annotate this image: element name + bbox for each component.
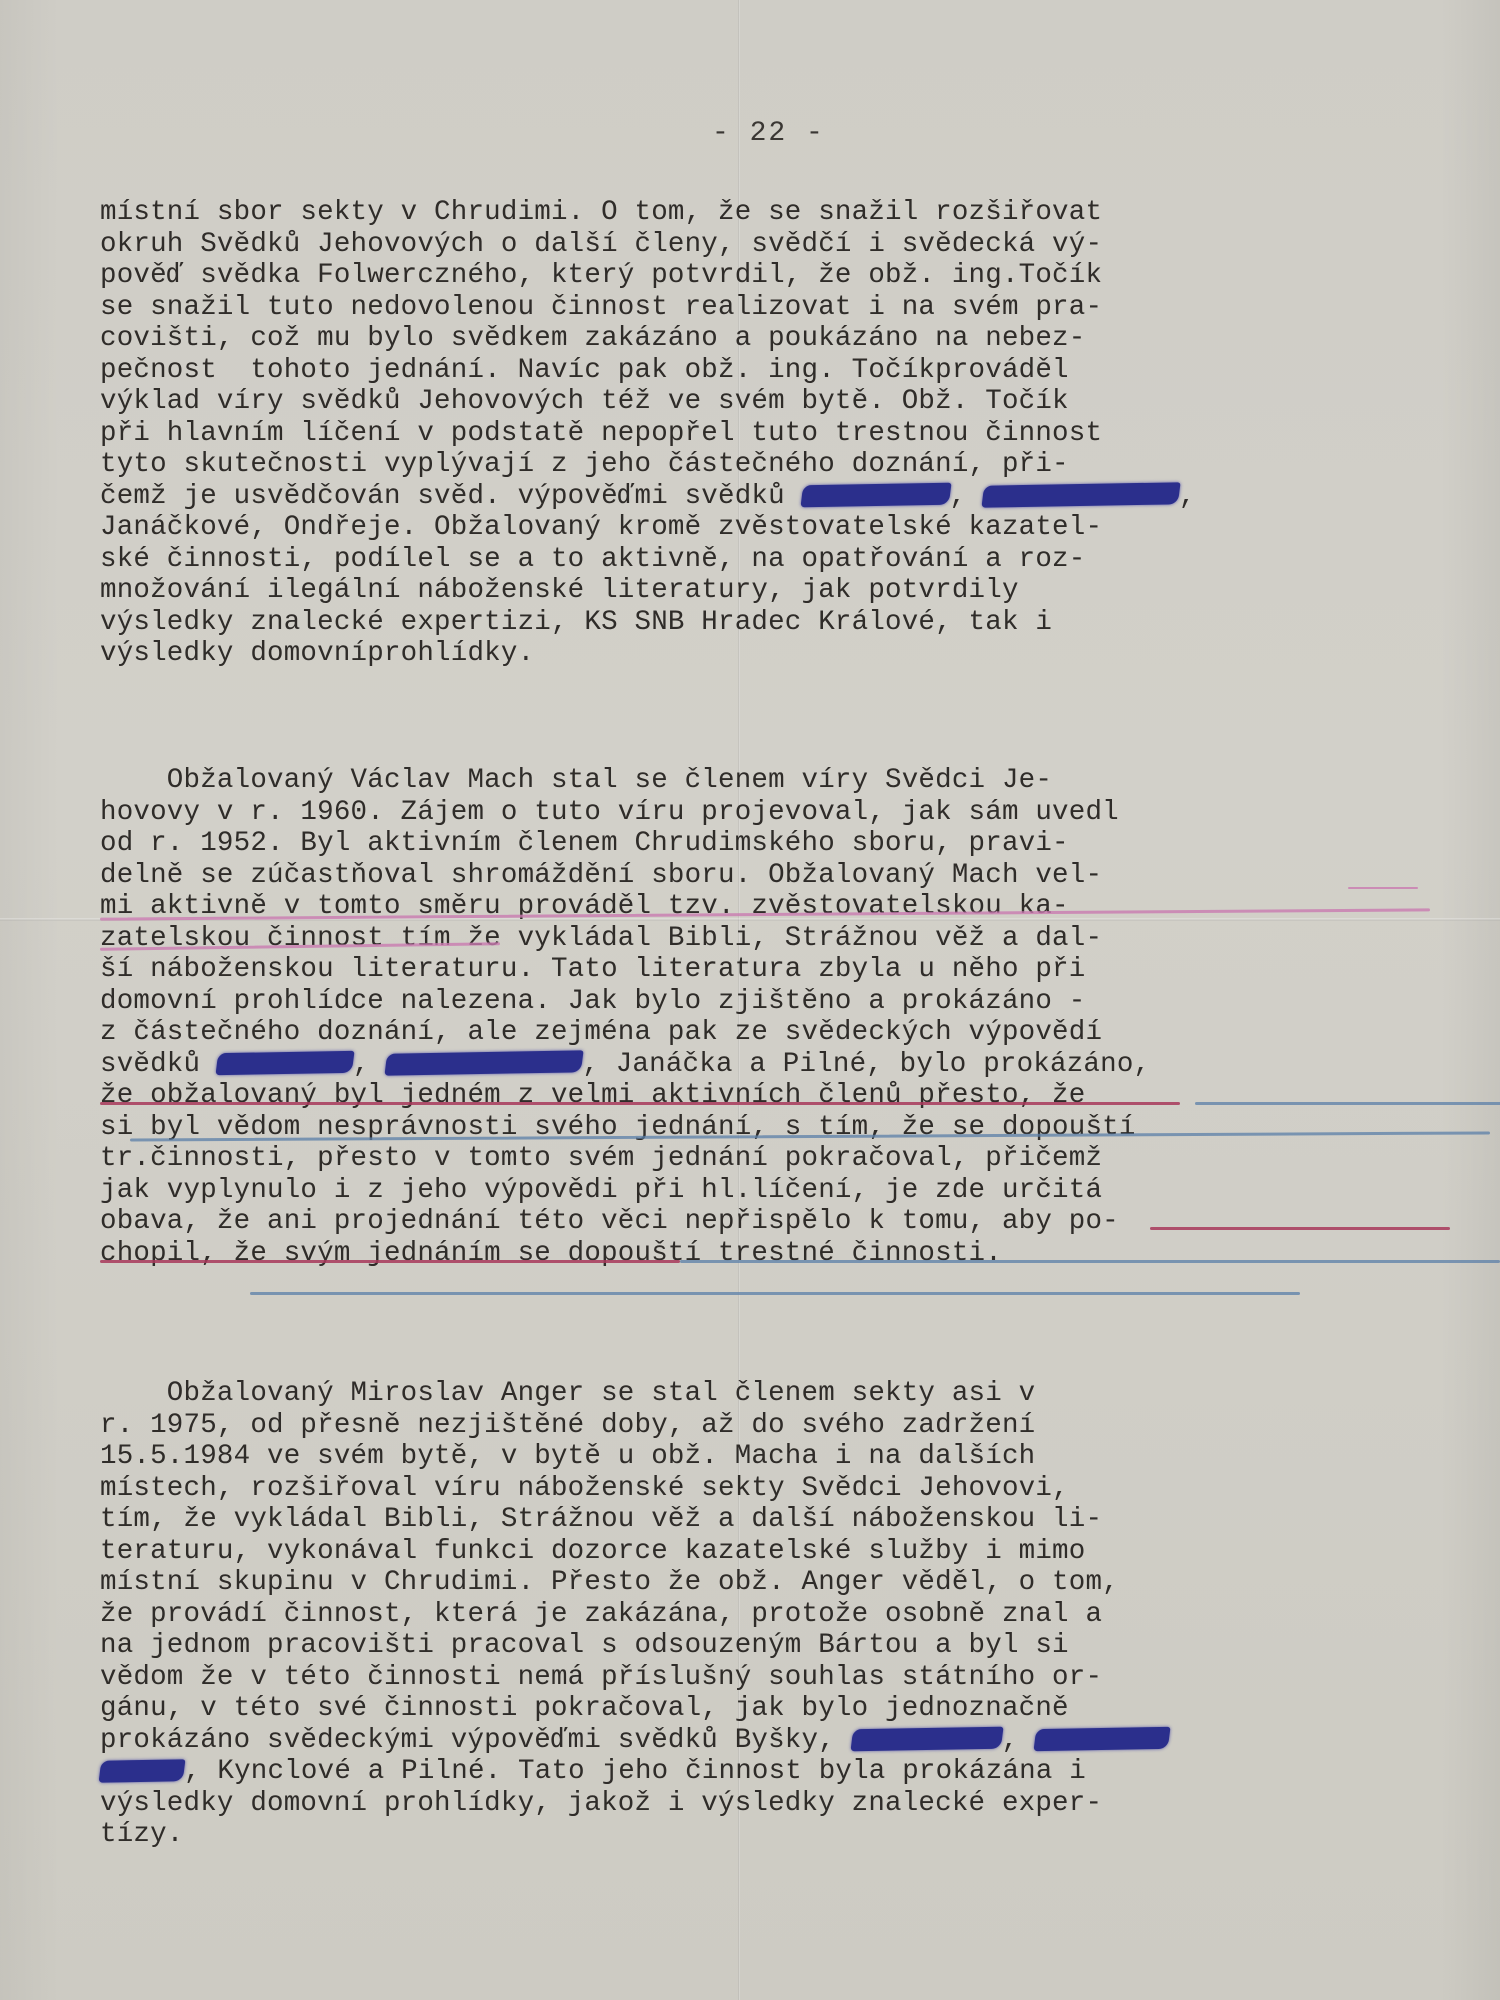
text-line: pečnost tohoto jednání. Navíc pak obž. i…: [100, 355, 1460, 387]
red-underline: [100, 1260, 680, 1263]
text-line: tyto skutečnosti vyplývají z jeho částeč…: [100, 449, 1460, 481]
pink-underline: [1348, 887, 1418, 890]
text-fragment: , Janáčka a Pilné, bylo prokázáno,: [582, 1049, 1150, 1080]
text-line: tízy.: [100, 1819, 1460, 1851]
text-fragment: čemž je usvědčován svěd. výpověďmi svědk…: [100, 481, 802, 512]
text-line: chopil, že svým jednáním se dopouští tre…: [100, 1238, 1460, 1270]
text-fragment: svědků: [100, 1049, 217, 1080]
text-line: výsledky domovní prohlídky, jakož i výsl…: [100, 1788, 1460, 1820]
text-fragment: prokázáno svědeckými výpověďmi svědků By…: [100, 1725, 852, 1756]
text-line: výklad víry svědků Jehovových též ve své…: [100, 386, 1460, 418]
text-line: delně se zúčastňoval shromáždění sboru. …: [100, 860, 1460, 892]
ink-redaction: [800, 483, 951, 508]
text-line: že provádí činnost, která je zakázána, p…: [100, 1599, 1460, 1631]
text-line: při hlavním líčení v podstatě nepopřel t…: [100, 418, 1460, 450]
text-line: Obžalovaný Miroslav Anger se stal členem…: [100, 1378, 1460, 1410]
red-underline: [100, 1102, 1180, 1105]
text-line: okruh Svědků Jehovových o další členy, s…: [100, 229, 1460, 261]
text-line: ské činnosti, podílel se a to aktivně, n…: [100, 544, 1460, 576]
text-line: domovní prohlídce nalezena. Jak bylo zji…: [100, 986, 1460, 1018]
text-line: 15.5.1984 ve svém bytě, v bytě u obž. Ma…: [100, 1441, 1460, 1473]
text-fragment: ,: [353, 1049, 386, 1080]
text-line: tr.činnosti, přesto v tomto svém jednání…: [100, 1143, 1460, 1175]
text-line: tím, že vykládal Bibli, Strážnou věž a d…: [100, 1504, 1460, 1536]
ink-redaction: [215, 1051, 354, 1075]
text-line: gánu, v této své činnosti pokračoval, ja…: [100, 1693, 1460, 1725]
text-line-with-redactions: prokázáno svědeckými výpověďmi svědků By…: [100, 1725, 1460, 1757]
text-line-with-redactions: svědků , , Janáčka a Pilné, bylo prokázá…: [100, 1049, 1460, 1081]
red-underline: [1150, 1227, 1450, 1230]
text-line: r. 1975, od přesně nezjištěné doby, až d…: [100, 1410, 1460, 1442]
text-line: covišti, což mu bylo svědkem zakázáno a …: [100, 323, 1460, 355]
text-line: se snažil tuto nedovolenou činnost reali…: [100, 292, 1460, 324]
text-line-with-redactions: , Kynclové a Pilné. Tato jeho činnost by…: [100, 1756, 1460, 1788]
text-line: zatelskou činnost tím že vykládal Bibli,…: [100, 923, 1460, 955]
text-line: na jednom pracovišti pracoval s odsouzen…: [100, 1630, 1460, 1662]
blue-underline: [250, 1292, 1300, 1295]
text-fragment: , Kynclové a Pilné. Tato jeho činnost by…: [184, 1756, 1086, 1787]
text-fragment: ,: [1179, 481, 1196, 512]
ink-redaction: [1034, 1727, 1171, 1751]
text-line: výsledky domovníprohlídky.: [100, 638, 1460, 670]
blue-underline: [680, 1260, 1500, 1263]
paragraph-mach: Obžalovaný Václav Mach stal se členem ví…: [100, 765, 1460, 1269]
text-line: výsledky znalecké expertizi, KS SNB Hrad…: [100, 607, 1460, 639]
text-line: jak vyplynulo i z jeho výpovědi při hl.l…: [100, 1175, 1460, 1207]
text-line: Obžalovaný Václav Mach stal se členem ví…: [100, 765, 1460, 797]
text-line: teraturu, vykonával funkci dozorce kazat…: [100, 1536, 1460, 1568]
paragraph-anger: Obžalovaný Miroslav Anger se stal členem…: [100, 1378, 1460, 1851]
text-line: hovovy v r. 1960. Zájem o tuto víru proj…: [100, 797, 1460, 829]
text-line: místech, rozšiřoval víru náboženské sekt…: [100, 1473, 1460, 1505]
text-fragment: ,: [950, 481, 983, 512]
text-line: množování ilegální náboženské literatury…: [100, 575, 1460, 607]
text-line: místní sbor sekty v Chrudimi. O tom, že …: [100, 197, 1460, 229]
text-line: vědom že v této činnosti nemá příslušný …: [100, 1662, 1460, 1694]
text-line: že obžalovaný byl jedném z velmi aktivní…: [100, 1080, 1460, 1112]
page-number: - 22 -: [712, 118, 825, 149]
ink-redaction: [99, 1759, 186, 1782]
text-line: pověď svědka Folwerczného, který potvrdi…: [100, 260, 1460, 292]
text-line: ší náboženskou literaturu. Tato literatu…: [100, 954, 1460, 986]
paragraph-tocik: místní sbor sekty v Chrudimi. O tom, že …: [100, 197, 1460, 670]
text-line: od r. 1952. Byl aktivním členem Chrudims…: [100, 828, 1460, 860]
ink-redaction: [385, 1051, 584, 1076]
text-line: Janáčkové, Ondřeje. Obžalovaný kromě zvě…: [100, 512, 1460, 544]
ink-redaction: [981, 483, 1180, 508]
blue-underline: [1195, 1102, 1500, 1105]
text-line: z částečného doznání, ale zejména pak ze…: [100, 1017, 1460, 1049]
text-fragment: ,: [1002, 1725, 1035, 1756]
text-line: místní skupinu v Chrudimi. Přesto že obž…: [100, 1567, 1460, 1599]
text-line: obava, že ani projednání této věci nepři…: [100, 1206, 1460, 1238]
text-line-with-redactions: čemž je usvědčován svěd. výpověďmi svědk…: [100, 481, 1460, 513]
ink-redaction: [850, 1727, 1003, 1752]
